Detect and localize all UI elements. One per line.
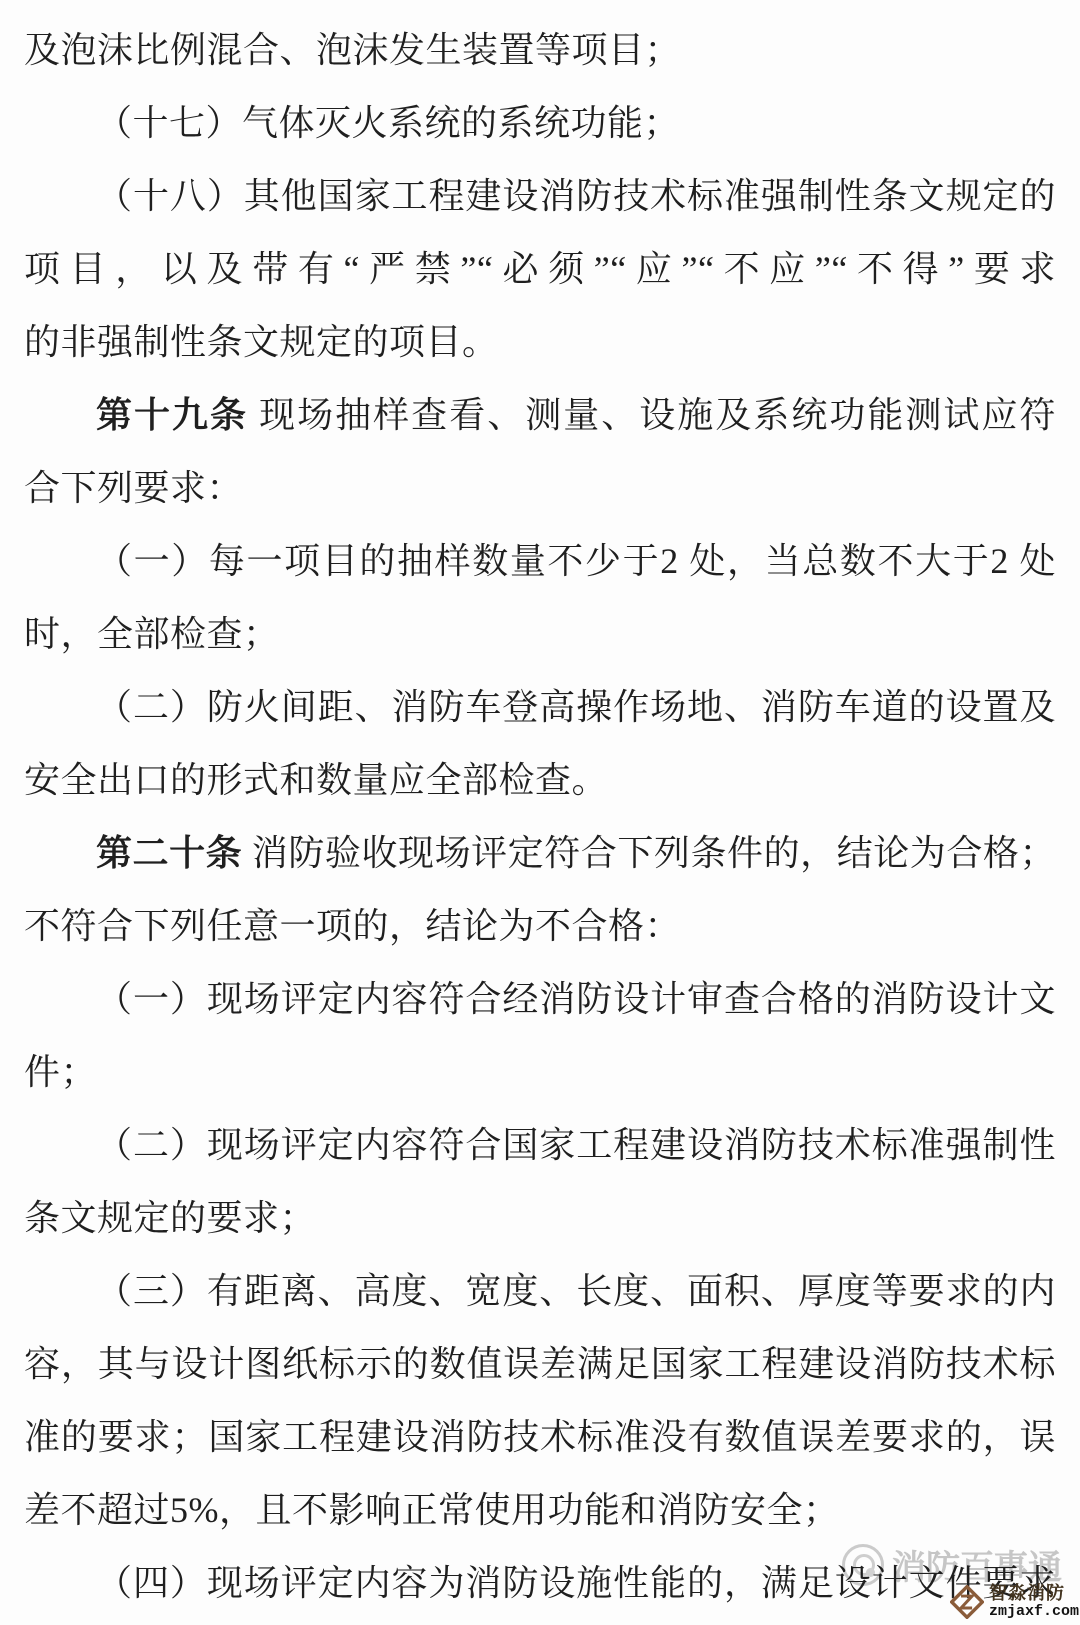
text-line: 合下列要求： — [24, 452, 1056, 525]
text-line: 不符合下列任意一项的，结论为不合格： — [24, 890, 1056, 963]
zhimiao-diamond-logo-icon — [950, 1585, 984, 1619]
article-20-heading: 第二十条 — [96, 833, 242, 873]
text-line: （三）有距离、高度、宽度、长度、面积、厚度等要求的内 — [24, 1255, 1056, 1328]
article-20-body: 消防验收现场评定符合下列条件的，结论为合格； — [242, 833, 1056, 873]
text-line: （一）现场评定内容符合经消防设计审查合格的消防设计文 — [24, 963, 1056, 1036]
text-line: 项目，以及带有“严禁”“必须”“应”“不应”“不得”要求 — [24, 233, 1056, 306]
article-19-heading: 第十九条 — [96, 395, 248, 435]
document-page: 及泡沫比例混合、泡沫发生装置等项目； （十七）气体灭火系统的系统功能； （十八）… — [0, 0, 1080, 1620]
text-line-article-19: 第十九条 现场抽样查看、测量、设施及系统功能测试应符 — [24, 379, 1056, 452]
text-line: （一）每一项目的抽样数量不少于2 处，当总数不大于2 处 — [24, 525, 1056, 598]
watermark-zhimiao: 智淼消防 zmjaxf.com — [950, 1584, 1079, 1619]
text-line: 时，全部检查； — [24, 598, 1056, 671]
zhimiao-brand-domain: zmjaxf.com — [989, 1604, 1079, 1619]
text-line: （四）现场评定内容为消防设施性能的，满足设计文件要求 — [24, 1547, 1056, 1620]
text-line: 容，其与设计图纸标示的数值误差满足国家工程建设消防技术标 — [24, 1328, 1056, 1401]
text-line: 安全出口的形式和数量应全部检查。 — [24, 744, 1056, 817]
text-line: 件； — [24, 1036, 1056, 1109]
text-line: （十七）气体灭火系统的系统功能； — [24, 87, 1056, 160]
text-line: 的非强制性条文规定的项目。 — [24, 306, 1056, 379]
text-line: 准的要求；国家工程建设消防技术标准没有数值误差要求的，误 — [24, 1401, 1056, 1474]
article-19-body: 现场抽样查看、测量、设施及系统功能测试应符 — [248, 395, 1056, 435]
text-line: （二）现场评定内容符合国家工程建设消防技术标准强制性 — [24, 1109, 1056, 1182]
text-line: （十八）其他国家工程建设消防技术标准强制性条文规定的 — [24, 160, 1056, 233]
text-line: （二）防火间距、消防车登高操作场地、消防车道的设置及 — [24, 671, 1056, 744]
text-line-article-20: 第二十条 消防验收现场评定符合下列条件的，结论为合格； — [24, 817, 1056, 890]
text-line: 条文规定的要求； — [24, 1182, 1056, 1255]
zhimiao-brand-name: 智淼消防 — [989, 1584, 1079, 1602]
text-line: 差不超过5%，且不影响正常使用功能和消防安全； — [24, 1474, 1056, 1547]
text-line: 及泡沫比例混合、泡沫发生装置等项目； — [24, 14, 1056, 87]
